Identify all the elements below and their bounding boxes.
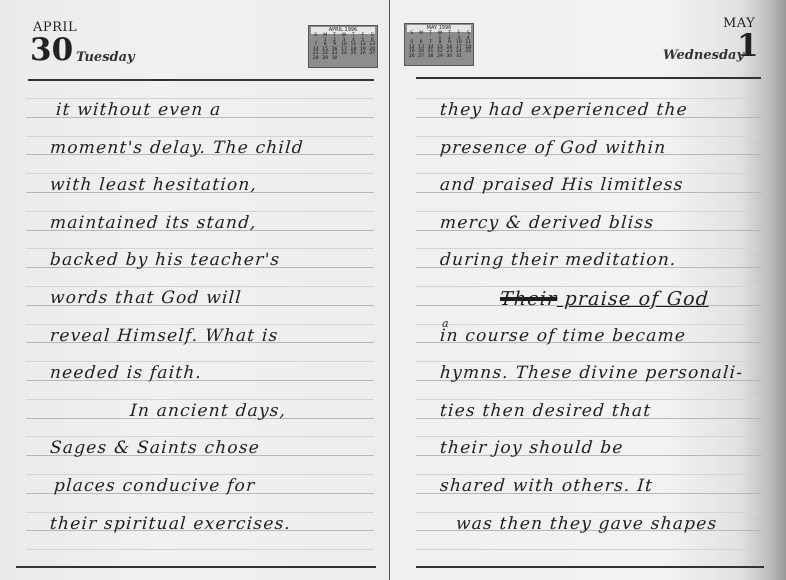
calendar-cell <box>339 57 348 62</box>
mini-calendar-may: MAY 1996 SMTWTFS123456789101112131415161… <box>404 23 474 66</box>
ruled-line <box>416 549 762 550</box>
ruled-line <box>26 98 374 99</box>
ruled-line <box>26 211 374 212</box>
handwritten-line: and praised His limitless <box>439 175 684 195</box>
handwritten-line: presence of God within <box>439 138 667 158</box>
handwritten-line: their spiritual exercises. <box>49 514 291 534</box>
handwritten-line: maintained its stand, <box>49 213 257 233</box>
calendar-cell <box>358 57 367 62</box>
ruled-line <box>26 549 374 550</box>
mini-calendar-april: APRIL 1996 SMTWTFS1234567891011121314151… <box>308 25 378 68</box>
weekday-label: Wednesday <box>663 48 744 63</box>
top-rule <box>416 77 761 79</box>
ruled-line <box>416 399 762 400</box>
calendar-cell: 27 <box>416 55 425 60</box>
ruled-line <box>26 136 374 137</box>
handwritten-line: they had experienced the <box>439 100 688 120</box>
handwritten-line: reveal Himself. What is <box>49 326 279 346</box>
ruled-line <box>416 136 762 137</box>
handwritten-line: was then they gave shapes <box>455 514 718 534</box>
handwritten-line: backed by his teacher's <box>49 250 281 270</box>
insertion-mark: a <box>442 317 449 330</box>
weekday-label: Tuesday <box>76 50 135 65</box>
handwritten-line: In ancient days, <box>129 401 287 421</box>
mini-calendar-grid: SMTWTFS123456789101112131415161718192021… <box>311 34 377 62</box>
calendar-cell: 28 <box>426 55 435 60</box>
ruled-line <box>416 512 762 513</box>
handwritten-line: mercy & derived bliss <box>439 213 655 233</box>
calendar-cell: 30 <box>445 55 454 60</box>
calendar-cell: 29 <box>320 57 329 62</box>
ruled-line <box>26 399 374 400</box>
struck-word: Their <box>499 288 558 310</box>
ruled-line <box>416 474 762 475</box>
handwritten-line: words that God will <box>49 288 242 308</box>
handwritten-line: hymns. These divine personali- <box>439 363 744 383</box>
handwritten-line: in course of time became <box>439 326 687 346</box>
diary-page-april-30: APRIL 30 Tuesday APRIL 1996 SMTWTFS12345… <box>0 0 390 580</box>
calendar-cell <box>464 55 473 60</box>
ruled-line <box>416 211 762 212</box>
bottom-rule <box>416 566 764 568</box>
top-rule <box>28 79 374 81</box>
bottom-rule <box>16 566 376 568</box>
handwritten-line: with least hesitation, <box>49 175 258 195</box>
calendar-cell <box>349 57 358 62</box>
handwritten-line: needed is faith. <box>49 363 203 383</box>
ruled-line <box>416 286 762 287</box>
calendar-cell: 31 <box>454 55 463 60</box>
calendar-cell: 28 <box>311 57 320 62</box>
ruled-line <box>416 98 762 99</box>
handwritten-line: Their praise of God <box>499 288 710 310</box>
diary-page-may-1: MAY 1 Wednesday MAY 1996 SMTWTFS12345678… <box>390 0 786 580</box>
handwritten-line: shared with others. It <box>439 476 654 496</box>
handwritten-text-segment: praise of God <box>557 288 710 310</box>
mini-calendar-grid: SMTWTFS123456789101112131415161718192021… <box>407 32 473 60</box>
ruled-line <box>26 512 374 513</box>
handwritten-line: moment's delay. The child <box>49 138 304 158</box>
diary-spread: APRIL 30 Tuesday APRIL 1996 SMTWTFS12345… <box>0 0 786 580</box>
ruled-line <box>416 324 762 325</box>
handwritten-line: their joy should be <box>439 438 624 458</box>
calendar-cell: 29 <box>435 55 444 60</box>
calendar-cell: 26 <box>407 55 416 60</box>
calendar-cell: 30 <box>330 57 339 62</box>
handwritten-line: ties then desired that <box>439 401 652 421</box>
handwritten-line: during their meditation. <box>439 250 677 270</box>
handwritten-line: places conducive for <box>53 476 256 496</box>
handwritten-line: it without even a <box>55 100 222 120</box>
ruled-line <box>26 324 374 325</box>
calendar-cell <box>368 57 377 62</box>
handwritten-line: Sages & Saints chose <box>49 438 260 458</box>
day-number: 30 <box>30 35 73 66</box>
ruled-line <box>26 474 374 475</box>
ruled-line <box>26 286 374 287</box>
